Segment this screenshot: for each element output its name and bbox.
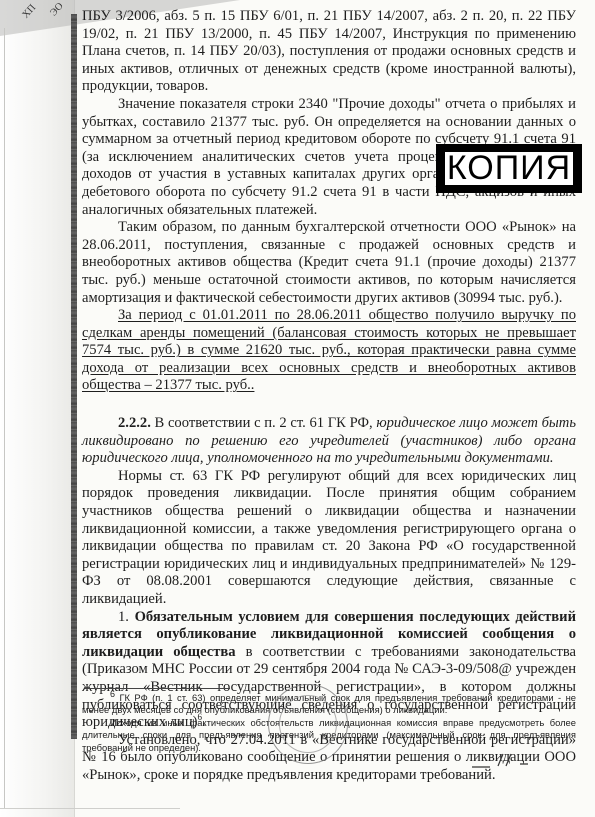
- footnote-divider: [85, 688, 230, 689]
- section-gap: [82, 395, 576, 415]
- page-edge-line: [4, 28, 5, 808]
- paragraph-conclusion: Таким образом, по данным бухгалтерской о…: [82, 219, 576, 307]
- page-bottom-edge: [0, 808, 180, 809]
- binding-shadow-bar: [71, 14, 77, 739]
- paragraph-liquidation-procedure: Нормы ст. 63 ГК РФ регулируют общий для …: [82, 468, 576, 609]
- paragraph-section-2-2-2: 2.2.2. В соответствии с п. 2 ст. 61 ГК Р…: [82, 415, 576, 468]
- section-number: 2.2.2.: [118, 415, 151, 431]
- underlined-text: За период с 01.01.2011 по 28.06.2011 общ…: [82, 307, 576, 393]
- signature-icon: [470, 750, 530, 770]
- document-body: ПБУ 3/2006, абз. 5 п. 15 ПБУ 6/01, п. 21…: [82, 8, 576, 785]
- paragraph-rental-revenue: За период с 01.01.2011 по 28.06.2011 общ…: [82, 307, 576, 395]
- section-lead: В соответствии с п. 2 ст. 61 ГК РФ,: [155, 415, 373, 431]
- round-seal-icon: [268, 684, 348, 764]
- page-fold-margin: [0, 0, 75, 817]
- copy-stamp: КОПИЯ: [436, 144, 582, 193]
- paragraph-pbu-references: ПБУ 3/2006, абз. 5 п. 15 ПБУ 6/01, п. 21…: [82, 8, 576, 96]
- footnote-number: 6: [110, 689, 115, 699]
- copy-stamp-label: КОПИЯ: [445, 152, 573, 185]
- item-number: 1.: [118, 609, 129, 625]
